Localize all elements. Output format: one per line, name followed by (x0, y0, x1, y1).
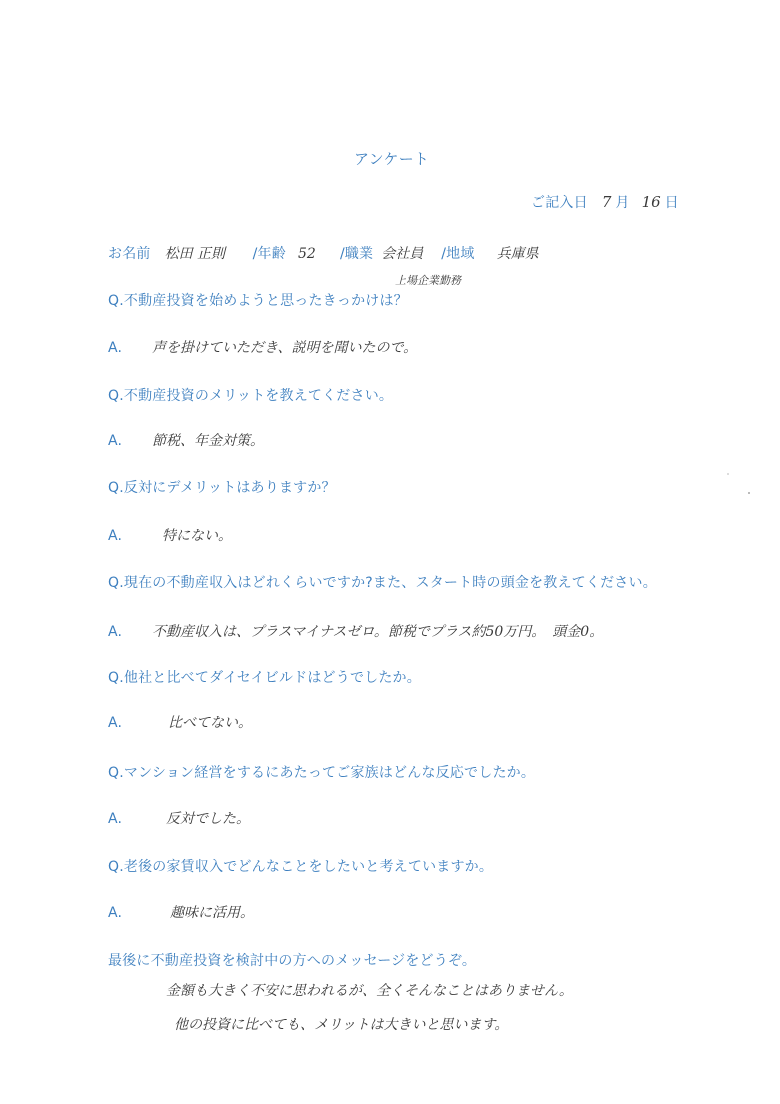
answer-label: A. (108, 905, 158, 921)
occupation-value: 会社員 (381, 243, 429, 263)
final-message-line-2: 他の投資に比べても、メリットは大きいと思います。 (174, 1014, 573, 1034)
question-7: Q.老後の家賃収入でどんなことをしたいと考えていますか。 (108, 856, 493, 876)
answer-label: A. (108, 340, 158, 356)
answer-6: A. 反対でした。 (108, 808, 250, 828)
question-4: Q.現在の不動産収入はどれくらいですか?また、スタート時の頭金を教えてください。 (108, 572, 657, 592)
answer-text: 反対でした。 (166, 808, 250, 828)
occupation-note: 上場企業勤務 (395, 272, 461, 288)
question-6: Q.マンション経営をするにあたってご家族はどんな反応でしたか。 (108, 762, 535, 782)
answer-2: A. 節税、年金対策。 (108, 430, 264, 450)
answer-text: 趣味に活用。 (170, 902, 254, 922)
scan-speck (748, 492, 750, 494)
age-label: /年齢 (253, 243, 286, 263)
question-1: Q.不動産投資を始めようと思ったきっかけは？ (108, 290, 408, 310)
answer-1: A. 声を掛けていただき、説明を聞いたので。 (108, 337, 417, 357)
answer-4: A. 不動産収入は、プラスマイナスゼロ。節税でプラス約50万円。 頭金0。 (108, 621, 603, 641)
entry-date: ご記入日 7 月 16 日 (531, 192, 679, 212)
answer-label: A. (108, 811, 158, 827)
answer-text: 節税、年金対策。 (152, 430, 264, 450)
final-message-answer: 金額も大きく不安に思われるが、全くそんなことはありません。 他の投資に比べても、… (166, 980, 573, 1034)
occupation-label: /職業 (340, 243, 373, 263)
region-value: 兵庫県 (497, 243, 539, 263)
region-label: /地域 (441, 243, 474, 263)
answer-text: 比べてない。 (168, 712, 252, 732)
final-message-line-1: 金額も大きく不安に思われるが、全くそんなことはありません。 (166, 980, 573, 1000)
page-title: アンケート (354, 148, 429, 169)
answer-label: A. (108, 624, 158, 640)
date-day-value: 16 (642, 193, 661, 211)
date-month-unit: 月 (615, 192, 629, 212)
date-day-unit: 日 (665, 192, 679, 212)
answer-5: A. 比べてない。 (108, 712, 252, 732)
name-label: お名前 (108, 243, 151, 263)
answer-3: A. 特にない。 (108, 525, 232, 545)
name-value: 松田 正則 (165, 243, 245, 263)
scan-speck (727, 473, 729, 475)
question-3: Q.反対にデメリットはありますか？ (108, 477, 336, 497)
answer-7: A. 趣味に活用。 (108, 902, 254, 922)
answer-label: A. (108, 433, 158, 449)
age-value: 52 (298, 246, 332, 262)
date-month-value: 7 (602, 193, 612, 211)
answer-label: A. (108, 715, 158, 731)
answer-label: A. (108, 528, 158, 544)
date-label: ご記入日 (531, 192, 588, 212)
question-2: Q.不動産投資のメリットを教えてください。 (108, 385, 393, 405)
answer-text: 声を掛けていただき、説明を聞いたので。 (152, 337, 417, 357)
final-message-prompt: 最後に不動産投資を検討中の方へのメッセージをどうぞ。 (108, 950, 476, 970)
answer-text: 特にない。 (162, 525, 232, 545)
question-5: Q.他社と比べてダイセイビルドはどうでしたか。 (108, 667, 421, 687)
answer-text: 不動産収入は、プラスマイナスゼロ。節税でプラス約50万円。 頭金0。 (152, 621, 603, 641)
profile-row: お名前 松田 正則 /年齢 52 /職業 会社員 /地域 兵庫県 (108, 243, 539, 263)
